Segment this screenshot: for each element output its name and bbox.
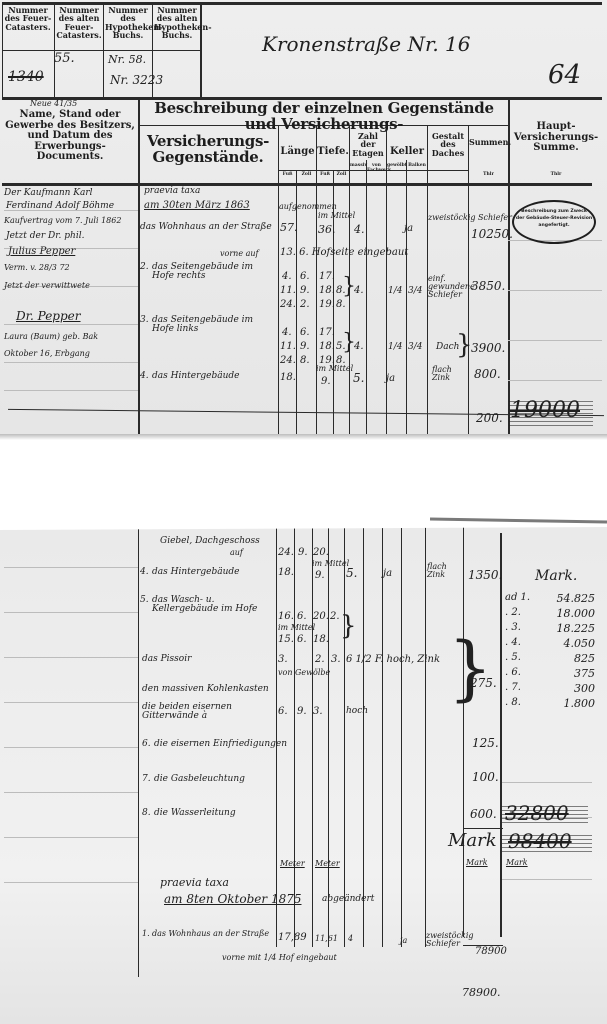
owner-line: Laura (Baum) geb. Bak xyxy=(4,333,98,341)
owner-line: Der Kaufmann Karl xyxy=(4,189,93,198)
main-sum-ref: . 8. xyxy=(505,698,521,708)
depth-value: 18. xyxy=(319,342,335,352)
header-floors: Zahl der Etagen xyxy=(350,132,386,157)
brace: } xyxy=(340,613,357,639)
depth-value: 19. xyxy=(319,300,335,310)
header-mortgage-book-no: Nummer des Hypotheken-Buchs. xyxy=(105,6,151,40)
revised-total: 78900. xyxy=(462,987,501,998)
depth-value: 20. xyxy=(313,548,329,558)
grid-line xyxy=(382,527,383,947)
grid-line xyxy=(294,527,295,947)
grid-line xyxy=(312,527,313,947)
item-sum: 200. xyxy=(476,412,503,424)
main-sum-amount: 54.825 xyxy=(545,593,595,604)
item-sum: 78900 xyxy=(475,947,507,957)
ruled-line xyxy=(4,324,138,325)
grid-line xyxy=(2,2,3,98)
item-sum: 125. xyxy=(472,737,499,749)
ruled-line xyxy=(4,657,138,658)
roof-value: flach Zink xyxy=(432,366,460,382)
main-sum-ref: . 3. xyxy=(505,623,521,633)
ruled-line xyxy=(502,782,592,783)
length-inch: 8. xyxy=(300,356,310,366)
depth-value: 20. xyxy=(313,612,329,622)
ruled-line xyxy=(4,837,138,838)
depth-value: 18. xyxy=(313,635,329,645)
sub-foot: Fuß xyxy=(317,173,333,178)
floors-value: 4. xyxy=(354,286,364,296)
item-description: das Wohnhaus an der Straße xyxy=(140,223,272,232)
revision-stamp: Beschreibung zum Zweck der Gebäude-Steue… xyxy=(512,200,596,244)
length-value: 6. xyxy=(278,707,288,717)
appraisal-date: am 8ten Oktober 1875 xyxy=(164,893,301,905)
length-value: 3. xyxy=(278,655,288,665)
floors-value: 4. xyxy=(354,224,365,235)
owner-line: Jetzt der Dr. phil. xyxy=(6,232,84,241)
total-struck: 98400 xyxy=(508,831,572,851)
header-cellar: Keller xyxy=(387,147,427,158)
depth-inch: 8. xyxy=(336,300,346,310)
grid-line xyxy=(328,527,329,947)
grid-line xyxy=(363,527,364,947)
sub-inch: Zoll xyxy=(334,173,349,178)
ruled-line xyxy=(4,612,138,613)
length-value: 11. xyxy=(280,342,296,352)
mortgage-book-no-1: Nr. 58. xyxy=(108,54,146,65)
grid-line xyxy=(138,527,139,977)
length-inch: 2. xyxy=(300,300,310,310)
sub-beams: Balken xyxy=(407,164,427,169)
sub-inch: Zoll xyxy=(297,173,316,178)
page-edge-shadow xyxy=(0,434,607,440)
length-inch: 9. xyxy=(297,707,307,717)
owner-line: Jetzt der verwittwete xyxy=(4,282,90,290)
ruled-line xyxy=(4,362,138,363)
depth-value: 3. xyxy=(313,707,323,717)
grid-line xyxy=(200,2,202,98)
cellar-value: ja xyxy=(383,569,392,579)
floors-value: 4 xyxy=(348,935,353,943)
grid-line xyxy=(500,533,502,937)
item-number: 4. xyxy=(140,568,149,577)
depth-value: 17. xyxy=(319,328,335,338)
item-number: 1. xyxy=(142,930,150,938)
unit-label: Mark xyxy=(506,859,528,867)
roof-value: einf. gewundene Schiefer xyxy=(428,275,468,299)
length-inch: 6. xyxy=(300,272,310,282)
depth-value: 2. xyxy=(315,655,325,665)
item-note: von Gewölbe xyxy=(278,669,330,677)
cellar-value: 1/4 xyxy=(388,343,402,352)
register-page-top: Nummer des Feuer-Catasters. Nummer des a… xyxy=(0,0,607,440)
length-value: 17,89 xyxy=(278,933,307,943)
length-value: 18. xyxy=(280,373,296,383)
owner-line: Kaufvertrag vom 7. Juli 1862 xyxy=(4,217,121,225)
main-sum-amount: 300 xyxy=(545,683,595,694)
main-sum-ref: . 5. xyxy=(505,653,521,663)
item-number: 7. xyxy=(142,775,151,784)
appraisal-date: am 30ten März 1863 xyxy=(144,201,250,211)
sub-thaler: Thlr xyxy=(469,173,508,178)
length-value: 11. xyxy=(280,286,296,296)
item-sub: vorne auf xyxy=(220,250,258,258)
appraisal-label: praevia taxa xyxy=(160,877,229,888)
item-description: das Seitengebäude im Hofe links xyxy=(152,316,276,334)
ruled-line xyxy=(508,290,602,291)
grid-line xyxy=(425,527,426,947)
owner-line: Dr. Pepper xyxy=(16,310,81,322)
item-extra: hoch xyxy=(346,707,368,716)
sub-thaler: Thlr xyxy=(510,173,602,178)
appraisal-label: praevia taxa xyxy=(144,187,200,196)
roof-value: flach Zink xyxy=(427,563,457,579)
depth-value: 9. xyxy=(321,377,331,387)
header-old-fire-cadastre-no: Nummer des alten Feuer-Catasters. xyxy=(56,6,102,40)
header-old-mortgage-book-no: Nummer des alten Hypotheken-Buchs. xyxy=(154,6,200,40)
item-description: das Wohnhaus an der Straße xyxy=(152,930,269,938)
owner-line: Oktober 16, Erbgang xyxy=(4,350,90,358)
grid-line xyxy=(278,125,279,437)
main-sum-amount: 18.000 xyxy=(545,608,595,619)
register-page-bottom: Giebel, Dachgeschoss auf 24. 9. 20. 4. d… xyxy=(0,527,607,1024)
depth-note: im Mittel xyxy=(316,365,353,373)
item-note-row: 13. 6. Hofseite eingebaut xyxy=(280,248,408,258)
length-value: 15. xyxy=(278,635,294,645)
item-description: Giebel, Dachgeschoss xyxy=(160,537,260,546)
grid-line xyxy=(468,125,469,437)
owner-line: Julius Pepper xyxy=(8,247,75,257)
item-description: das Hintergebäude xyxy=(152,568,239,577)
ruled-line xyxy=(4,702,138,703)
item-description: das Seitengebäude im Hofe rechts xyxy=(152,263,276,281)
depth-note: im Mittel xyxy=(318,212,355,220)
grid-line xyxy=(276,527,277,947)
cellar-value: ja xyxy=(404,224,413,234)
header-roof: Gestalt des Daches xyxy=(428,132,468,157)
grid-line xyxy=(366,160,367,437)
stamp-line: der Gebäude-Steuer-Revision xyxy=(514,216,594,223)
cellar-value: ja xyxy=(400,937,407,945)
item-sub: vorne mit 1/4 Hof eingebaut xyxy=(222,954,337,962)
main-sum-ref: . 6. xyxy=(505,668,521,678)
depth-inch: 2. xyxy=(330,612,340,622)
length-value: 4. xyxy=(282,272,292,282)
header-insured-objects: Versicherungs-Gegenstände. xyxy=(140,134,276,166)
item-description: die Gasbeleuchtung xyxy=(154,775,245,784)
subtotal-struck: 32800 xyxy=(505,803,569,823)
length-value: 18. xyxy=(278,568,294,578)
header-description-group: Beschreibung der einzelnen Gegenstände u… xyxy=(142,101,506,133)
length-inch: 6. xyxy=(297,612,307,622)
ruled-line xyxy=(4,882,138,883)
header-fire-cadastre-no: Nummer des Feuer-Catasters. xyxy=(4,6,52,31)
grid-line xyxy=(401,527,402,947)
total-label: Mark xyxy=(448,832,497,850)
length-value: 24. xyxy=(278,548,294,558)
item-number: 5. xyxy=(140,596,149,605)
floors-value: 5. xyxy=(353,372,364,384)
depth-note: im Mittel xyxy=(278,624,315,632)
header-sums: Summen. xyxy=(469,138,508,146)
owner-line: Ferdinand Adolf Böhme xyxy=(6,202,114,211)
appraisal-suffix: abgeändert xyxy=(322,895,374,904)
header-owner: Name, Stand oder Gewerbe des Besitzers, … xyxy=(4,110,136,163)
item-number: 4. xyxy=(140,372,149,381)
grid-line xyxy=(103,2,104,98)
main-sum-struck: 19000 xyxy=(510,400,580,422)
cellar-beams-value: 3/4 xyxy=(408,287,422,296)
length-inch: 6. xyxy=(297,635,307,645)
owner-line: Verm. v. 28/3 72 xyxy=(4,264,70,272)
depth-note: im Mittel xyxy=(312,560,349,568)
page-number: 64 xyxy=(548,62,581,88)
length-inch: 9. xyxy=(300,286,310,296)
sub-foot: Fuß xyxy=(279,173,296,178)
depth-value: 18. xyxy=(319,286,335,296)
item-number: 8. xyxy=(142,809,151,818)
fire-cadastre-no-struck: 1340 xyxy=(8,70,44,84)
mortgage-book-no-2: Nr. 3223 xyxy=(110,74,163,86)
cellar-value: 1/4 xyxy=(388,287,402,296)
item-description: das Wasch- u. Kellergebäude im Hofe xyxy=(152,596,274,614)
grid-line xyxy=(463,527,464,937)
stamp-line: angefertigt. xyxy=(514,223,594,230)
main-sum-header: Mark. xyxy=(535,569,577,583)
item-sub: auf xyxy=(230,549,243,557)
ruled-line xyxy=(508,380,602,381)
grid-line xyxy=(316,125,317,437)
item-sum: 100. xyxy=(472,771,499,783)
street-address: Kronenstraße Nr. 16 xyxy=(262,34,471,54)
sub-massive: massiv xyxy=(350,164,366,169)
main-sum-amount: 1.800 xyxy=(545,698,595,709)
item-sum: 800. xyxy=(474,368,501,380)
cellar-value: ja xyxy=(386,374,395,384)
length-inch: 9. xyxy=(300,342,310,352)
grid-line xyxy=(54,2,55,98)
main-sum-amount: 825 xyxy=(545,653,595,664)
length-inch: 6. xyxy=(300,328,310,338)
sub-vaulted: gewölbt xyxy=(387,164,406,169)
main-sum-amount: 18.225 xyxy=(545,623,595,634)
ruled-line xyxy=(4,792,138,793)
old-fire-cadastre-no: 55. xyxy=(54,52,75,65)
grid-line xyxy=(2,183,592,186)
brace: } xyxy=(448,633,493,703)
item-number: 6. xyxy=(142,740,151,749)
appraisal-suffix: aufgenommen xyxy=(279,203,337,211)
depth-value: 17. xyxy=(319,272,335,282)
header-main-sum: Haupt-Versicherungs-Summe. xyxy=(510,122,602,154)
item-description: den massiven Kohlenkasten xyxy=(142,685,269,694)
stamp-line: Beschreibung zum Zweck xyxy=(514,209,594,216)
unit-label: Meter xyxy=(315,860,340,868)
cellar-beams-value: 3/4 xyxy=(408,343,422,352)
floors-value: 5. xyxy=(346,567,357,579)
item-description: die eisernen Einfriedigungen xyxy=(154,740,287,749)
item-sum: 1350. xyxy=(468,569,502,581)
main-sum-ref: ad 1. xyxy=(505,593,530,603)
sum-rule xyxy=(463,828,503,829)
main-sum-ref: . 7. xyxy=(505,683,521,693)
main-sum-ref: . 4. xyxy=(505,638,521,648)
item-description: das Pissoir xyxy=(142,655,191,664)
item-sum: 3850. xyxy=(471,280,505,292)
length-value: 24. xyxy=(280,356,296,366)
ruled-line xyxy=(4,567,138,568)
header-depth: Tiefe. xyxy=(317,147,349,158)
unit-label: Meter xyxy=(280,860,305,868)
grid-line xyxy=(344,527,345,947)
depth-value: 36. xyxy=(318,224,336,235)
ruled-line xyxy=(4,747,138,748)
length-value: 57. xyxy=(280,222,298,233)
item-description: die beiden eisernen Gitterwände à xyxy=(142,703,272,721)
depth-value: 11,61 xyxy=(315,935,338,943)
item-sum: 10250. xyxy=(471,228,513,240)
main-sum-ref: . 2. xyxy=(505,608,521,618)
roof-value: zweistöckig Schiefer xyxy=(426,932,462,948)
header-divider xyxy=(2,50,200,51)
item-sum: 275. xyxy=(470,677,497,689)
item-sum: 600. xyxy=(470,808,497,820)
depth-value: 9. xyxy=(315,571,325,581)
item-extra: 6 1/2 F. hoch, Zink xyxy=(346,655,440,665)
length-value: 16. xyxy=(278,612,294,622)
unit-label: Mark xyxy=(466,859,488,867)
ruled-line xyxy=(508,340,602,341)
item-description: das Hintergebäude xyxy=(152,372,239,381)
floors-value: 4. xyxy=(354,342,364,352)
item-description: die Wasserleitung xyxy=(154,809,236,818)
length-value: 4. xyxy=(282,328,292,338)
header-length: Länge xyxy=(279,147,316,158)
ruled-line xyxy=(4,390,138,391)
main-sum-amount: 375 xyxy=(545,668,595,679)
length-value: 24. xyxy=(280,300,296,310)
main-sum-amount: 4.050 xyxy=(545,638,595,649)
depth-inch: 3. xyxy=(331,655,341,665)
item-number: 2. xyxy=(140,263,149,272)
length-inch: 9. xyxy=(298,548,308,558)
sub-timber: von Fachwerk xyxy=(367,164,386,173)
owner-note: Neue 41/35 xyxy=(30,100,77,108)
grid-line xyxy=(406,160,407,437)
item-number: 3. xyxy=(140,316,149,325)
ruled-line xyxy=(502,879,592,880)
item-sum: 3900. xyxy=(471,342,505,354)
roof-value: zweistöckig Schiefer xyxy=(428,214,512,222)
page-curl xyxy=(430,517,607,523)
